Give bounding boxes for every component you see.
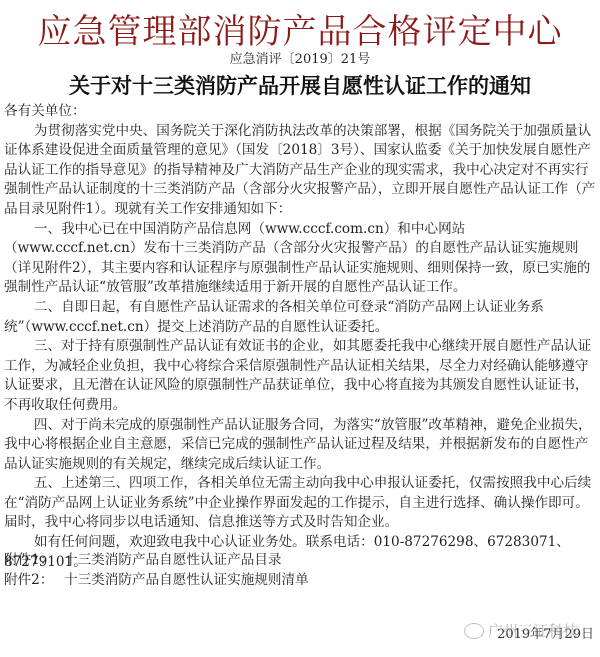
attachment-item: 附件1： 十三类消防产品自愿性认证产品目录 xyxy=(4,551,596,571)
attachment-item: 附件2： 十三类消防产品自愿性认证实施规则清单 xyxy=(4,571,596,591)
item-4-paragraph: 四、对于尚未完成的原强制性产品认证服务合同，为落实“放管服”改革精神，避免企业损… xyxy=(4,416,596,475)
wechat-icon xyxy=(464,623,484,639)
salutation: 各有关单位： xyxy=(4,102,596,122)
notice-title: 关于对十三类消防产品开展自愿性认证工作的通知 xyxy=(0,73,600,99)
watermark: 广州三证科技 xyxy=(464,620,578,641)
document-number: 应急消评〔2019〕21号 xyxy=(0,52,600,68)
attachment-title: 十三类消防产品自愿性认证实施规则清单 xyxy=(64,571,309,591)
document-page: 应急管理部消防产品合格评定中心 应急消评〔2019〕21号 关于对十三类消防产品… xyxy=(0,0,600,657)
attachment-label: 附件2： xyxy=(4,571,64,591)
organization-title: 应急管理部消防产品合格评定中心 xyxy=(0,12,600,52)
item-1-paragraph: 一、我中心已在中国消防产品信息网（www.cccf.com.cn）和中心网站（w… xyxy=(4,220,596,298)
watermark-text: 广州三证科技 xyxy=(488,620,578,641)
attachment-list: 附件1： 十三类消防产品自愿性认证产品目录 附件2： 十三类消防产品自愿性认证实… xyxy=(4,551,596,590)
item-3-paragraph: 三、对于持有原强制性产品认证有效证书的企业，如其愿委托我中心继续开展自愿性产品认… xyxy=(4,337,596,415)
item-5-paragraph: 五、上述第三、四项工作，各相关单位无需主动向我中心申报认证委托，仅需按照我中心后… xyxy=(4,474,596,533)
item-2-paragraph: 二、自即日起，有自愿性产品认证需求的各相关单位可登录“消防产品网上认证业务系统”… xyxy=(4,298,596,337)
notice-body: 各有关单位： 为贯彻落实党中央、国务院关于深化消防执法改革的决策部署，根据《国务… xyxy=(4,102,596,572)
attachment-title: 十三类消防产品自愿性认证产品目录 xyxy=(64,551,282,571)
intro-paragraph: 为贯彻落实党中央、国务院关于深化消防执法改革的决策部署，根据《国务院关于加强质量… xyxy=(4,122,596,220)
attachment-label: 附件1： xyxy=(4,551,64,571)
